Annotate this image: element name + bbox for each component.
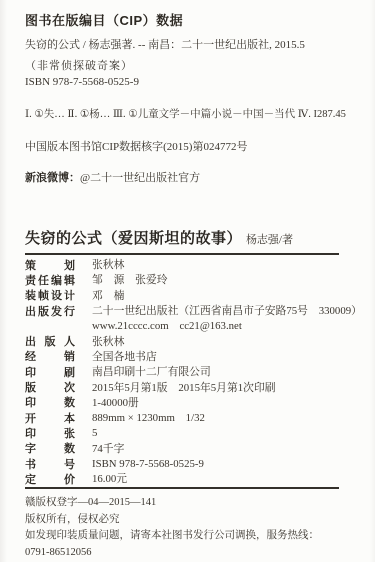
row-label: 定价: [25, 471, 75, 487]
row-label: 印刷: [25, 364, 75, 380]
copyright-notice: 版权所有，侵权必究: [25, 512, 339, 529]
weibo-line: 新浪微博：@二十一世纪出版社官方: [25, 169, 351, 185]
row-value: 2015年5月第1版 2015年5月第1次印刷: [92, 380, 276, 395]
colophon-row-edition: 版次 2015年5月第1版 2015年5月第1次印刷: [25, 379, 355, 394]
colophon-row-isbn: 书号 ISBN 978-7-5568-0525-9: [25, 456, 355, 471]
row-label: 版次: [25, 379, 75, 395]
row-label: 印数: [25, 394, 75, 410]
row-value: 邓 楠: [92, 288, 124, 303]
row-label: 出版人: [25, 333, 75, 349]
row-label: 责任编辑: [25, 272, 75, 288]
colophon-row-printing: 印刷 南昌印刷十二厂有限公司: [25, 364, 355, 379]
colophon-row-sheets: 印张 5: [25, 425, 355, 440]
row-label: 装帧设计: [25, 287, 75, 303]
colophon-row-website: www.21cccc.com cc21@163.net: [25, 318, 355, 333]
row-value: 5: [92, 427, 97, 439]
row-value: 二十一世纪出版社（江西省南昌市子安路75号 330009）: [92, 303, 362, 318]
footer-section: 赣版权登字—04—2015—141 版权所有，侵权必究 如发现印装质量问题，请寄…: [25, 487, 339, 561]
row-label: 出版发行: [25, 303, 75, 319]
row-value: 16.00元: [92, 471, 127, 486]
cip-record-number: 中国版本图书馆CIP数据核字(2015)第024772号: [25, 138, 351, 154]
colophon-row-format: 开本 889mm × 1230mm 1/32: [25, 410, 355, 425]
row-label: 书号: [25, 456, 75, 472]
colophon-row-distribution: 经销 全国各地书店: [25, 349, 355, 364]
cip-section: 图书在版编目（CIP）数据 失窃的公式 / 杨志强著. -- 南昌：二十一世纪出…: [25, 10, 351, 185]
colophon-row-word-count: 字数 74千字: [25, 441, 355, 456]
copyright-registration: 赣版权登字—04—2015—141: [25, 495, 339, 512]
colophon-row-publisher-person: 出版人 张秋林: [25, 333, 355, 348]
colophon-row-publisher: 出版发行 二十一世纪出版社（江西省南昌市子安路75号 330009）: [25, 303, 355, 318]
row-value: ISBN 978-7-5568-0525-9: [92, 458, 204, 470]
cip-series-line: （非常侦探破奇案）: [25, 59, 351, 73]
colophon-row-designer: 装帧设计 邓 楠: [25, 288, 355, 303]
book-author: 杨志强/著: [246, 231, 293, 247]
colophon-row-planner: 策划 张秋林: [25, 257, 355, 272]
colophon-row-editor: 责任编辑 邹 源 张爱玲: [25, 272, 355, 287]
row-value: 张秋林: [92, 257, 124, 272]
cip-classification-line: Ⅰ. ①失… Ⅱ. ①杨… Ⅲ. ①儿童文学－中篇小说－中国－当代 Ⅳ. I28…: [25, 106, 351, 121]
weibo-handle: @二十一世纪出版社官方: [80, 172, 200, 184]
row-value: 889mm × 1230mm 1/32: [92, 410, 205, 425]
row-value: 邹 源 张爱玲: [92, 272, 168, 287]
publisher-website: www.21cccc.com cc21@163.net: [92, 318, 242, 333]
row-value: 74千字: [92, 441, 124, 456]
colophon-row-print-run: 印数 1-40000册: [25, 395, 355, 410]
row-label: 开本: [25, 410, 75, 426]
colophon-table: 策划 张秋林 责任编辑 邹 源 张爱玲 装帧设计 邓 楠 出版发行 二十一世纪出…: [25, 257, 355, 486]
copyright-page: 图书在版编目（CIP）数据 失窃的公式 / 杨志强著. -- 南昌：二十一世纪出…: [0, 0, 375, 562]
weibo-label: 新浪微博：: [25, 172, 80, 184]
row-label: 印张: [25, 425, 75, 441]
title-block: 失窃的公式（爱因斯坦的故事） 杨志强/著: [25, 227, 339, 255]
row-value: 1-40000册: [92, 395, 139, 410]
row-label: 字数: [25, 440, 75, 456]
row-value: 张秋林: [92, 334, 124, 349]
row-value: 南昌印刷十二厂有限公司: [92, 364, 211, 379]
row-value: 全国各地书店: [92, 349, 157, 364]
row-label: 经销: [25, 348, 75, 364]
cip-catalog-line: 失窃的公式 / 杨志强著. -- 南昌：二十一世纪出版社, 2015.5: [25, 38, 351, 52]
colophon-row-price: 定价 16.00元: [25, 471, 355, 486]
row-label: 策划: [25, 257, 75, 273]
book-title: 失窃的公式（爱因斯坦的故事）: [25, 227, 242, 248]
cip-isbn-line: ISBN 978-7-5568-0525-9: [25, 75, 351, 89]
service-hotline-line: 如发现印装质量问题，请寄本社图书发行公司调换，服务热线：0791-8651205…: [25, 528, 339, 561]
cip-heading: 图书在版编目（CIP）数据: [25, 10, 351, 29]
